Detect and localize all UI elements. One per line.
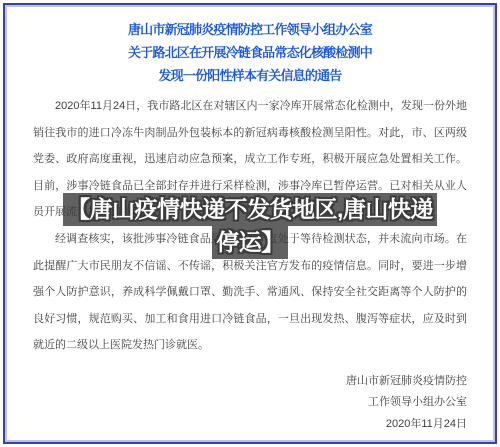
caption-line-1: 【唐山疫情快递不发货地区,唐山快递	[0, 193, 500, 226]
caption-overlay-title: 【唐山疫情快递不发货地区,唐山快递 停运】	[0, 193, 500, 259]
notice-document: 唐山市新冠肺炎疫情防控工作领导小组办公室 关于路北区在开展冷链食品常态化核酸检测…	[0, 0, 500, 447]
caption-line-2: 停运】	[0, 226, 500, 259]
title-line-2: 关于路北区在开展冷链食品常态化核酸检测中	[33, 41, 467, 64]
title-line-1: 唐山市新冠肺炎疫情防控工作领导小组办公室	[33, 18, 467, 41]
document-title: 唐山市新冠肺炎疫情防控工作领导小组办公室 关于路北区在开展冷链食品常态化核酸检测…	[33, 18, 467, 87]
signature-line-1: 唐山市新冠肺炎疫情防控	[33, 371, 467, 393]
signature-line-3: 2020年11月24日	[33, 414, 467, 436]
signature-line-2: 工作领导小组办公室	[33, 392, 467, 414]
title-line-3: 发现一份阳性样本有关信息的通告	[33, 64, 467, 87]
signature-block: 唐山市新冠肺炎疫情防控 工作领导小组办公室 2020年11月24日	[33, 371, 467, 436]
